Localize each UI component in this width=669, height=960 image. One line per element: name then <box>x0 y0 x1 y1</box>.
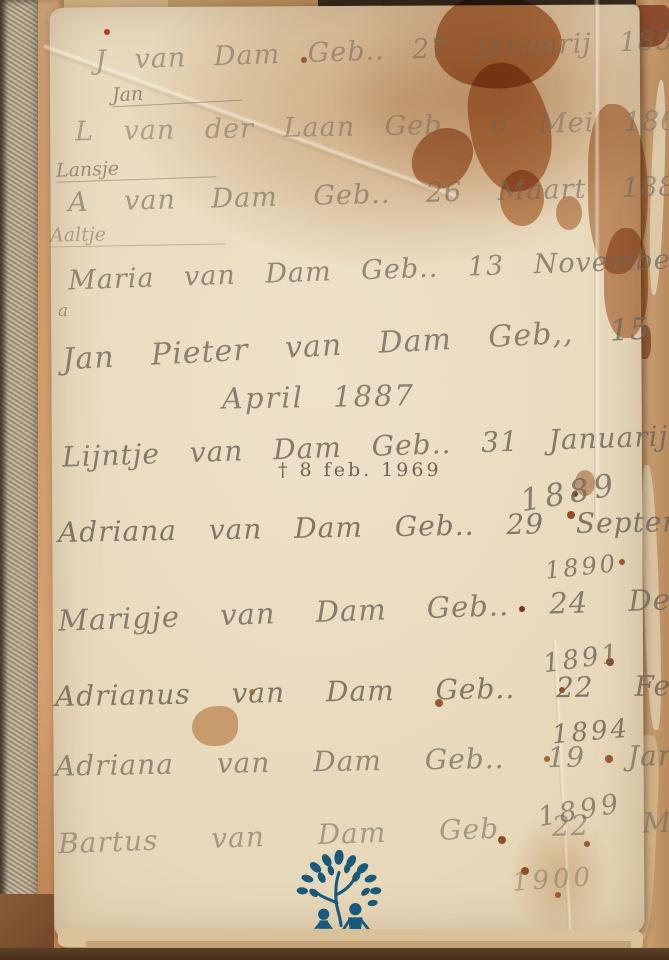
register-entry-11-wrap: 1900 <box>511 863 595 897</box>
book-photo: J van Dam Geb.. 27 Januarij 1859 Jan L v… <box>0 0 669 960</box>
stray-mark: a <box>58 302 68 321</box>
register-entry-3-name: Aaltje <box>50 222 225 247</box>
stain-specks <box>0 0 4 4</box>
spine-shadow <box>0 0 8 960</box>
stain-patch <box>192 706 238 746</box>
book-board-edge <box>0 948 669 960</box>
register-entry-6-death-note: † 8 feb. 1969 <box>278 460 442 481</box>
register-entry-5-wrap: April 1887 <box>222 380 415 415</box>
